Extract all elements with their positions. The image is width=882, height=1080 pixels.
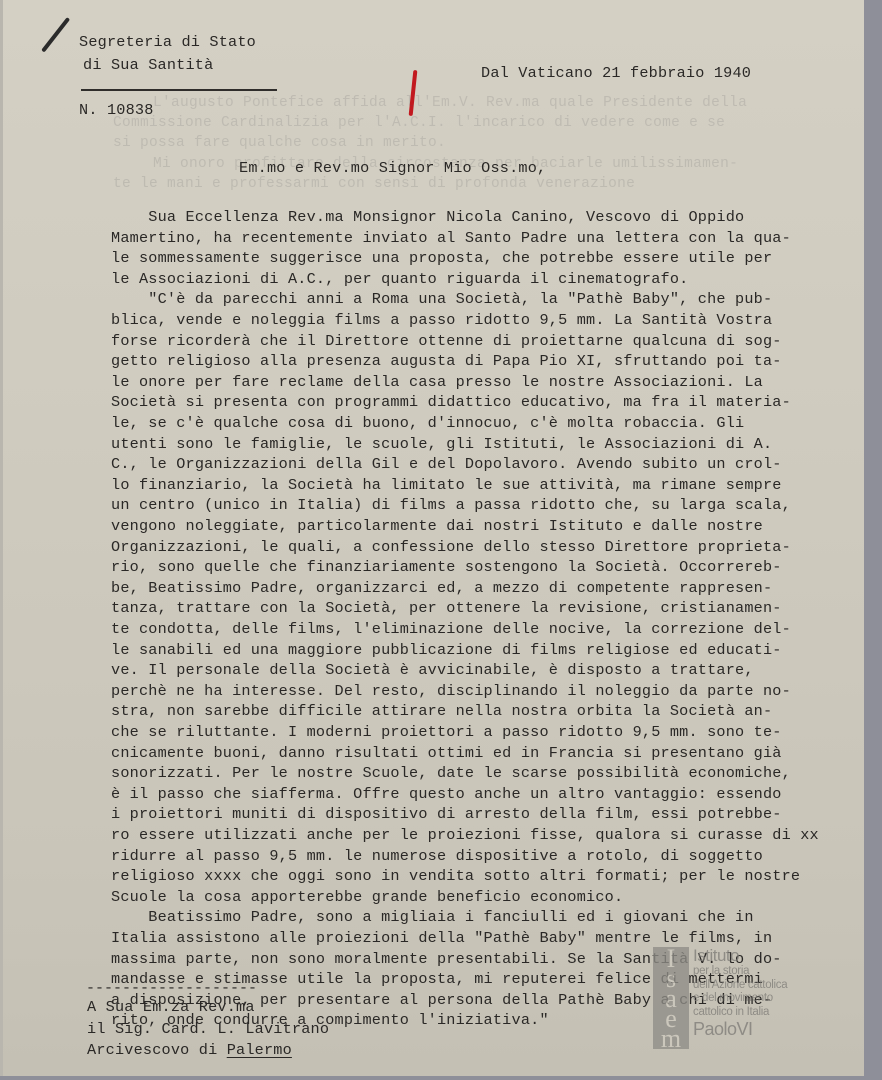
bleed-through-line: si possa fare qualche cosa in merito.: [113, 135, 446, 151]
logo-line: cattolico in Italia: [693, 1006, 787, 1020]
body-line: getto religioso alla presenza augusta di…: [111, 352, 782, 370]
body-line: te condotta, delle films, l'eliminazione…: [111, 620, 791, 638]
body-line: le, se c'è qualche cosa di buono, d'inno…: [111, 414, 744, 432]
addressee-line-1: A Sua Em.za Rev.ma: [87, 998, 255, 1016]
bleed-through-line: Commissione Cardinalizia per l'A.C.I. l'…: [113, 115, 725, 131]
logo-line: per la storia: [693, 965, 787, 979]
body-line: tanza, trattare con la Società, per otte…: [111, 599, 782, 617]
body-line: le sanabili ed una maggiore pubblicazion…: [111, 641, 782, 659]
body-line: sonorizzati. Per le nostre Scuole, date …: [111, 764, 791, 782]
body-line: Società si presenta con programmi didatt…: [111, 393, 791, 411]
body-line: "C'è da parecchi anni a Roma una Società…: [111, 290, 772, 308]
isacem-watermark-logo: I s a e m Istituto per la storia dell'Az…: [653, 947, 813, 1057]
bleed-through-line: te le mani e professarmi con sensi di pr…: [113, 176, 635, 192]
body-line: un centro (unico in Italia) di films a p…: [111, 496, 791, 514]
body-line: stra, non sarebbe difficile attirare nel…: [111, 702, 772, 720]
letter-page: L'augusto Pontefice affida all'Em.V. Rev…: [0, 0, 864, 1076]
protocol-number: N. 10838: [79, 101, 154, 119]
bleed-through-line: L'augusto Pontefice affida all'Em.V. Rev…: [153, 95, 747, 111]
body-line: è il passo che siafferma. Offre questo a…: [111, 785, 782, 803]
body-line: che se riluttante. I moderni proiettori …: [111, 723, 782, 741]
addressee-prefix: Arcivescovo di: [87, 1041, 227, 1059]
body-line: C., le Organizzazioni della Gil e del Do…: [111, 455, 782, 473]
body-line: forse ricorderà che il Direttore ottenne…: [111, 332, 782, 350]
logo-footer: PaoloVI: [693, 1019, 787, 1039]
body-line: vengono noleggiate, particolarmente dai …: [111, 517, 763, 535]
body-line: be, Beatissimo Padre, organizzarci ed, a…: [111, 579, 772, 597]
body-line: Scuole la cosa apporterebbe grande benef…: [111, 888, 623, 906]
body-line: ro essere utilizzati anche per le proiez…: [111, 826, 819, 844]
logo-line: e del movimento: [693, 992, 787, 1006]
body-line: perchè ne ha interesse. Del resto, disci…: [111, 682, 791, 700]
body-line: ve. Il personale della Società è avvicin…: [111, 661, 754, 679]
monogram-letter: m: [653, 1029, 689, 1049]
body-line: le Associazioni di A.C., per quanto rigu…: [111, 270, 688, 288]
body-line: Mamertino, ha recentemente inviato al Sa…: [111, 229, 791, 247]
body-line: le sommessamente suggerisce una proposta…: [111, 249, 772, 267]
body-line: cnicamente buoni, danno risultati ottimi…: [111, 744, 782, 762]
body-line: Sua Eccellenza Rev.ma Monsignor Nicola C…: [111, 208, 744, 226]
logo-text: Istituto per la storia dell'Azione catto…: [693, 947, 787, 1039]
addressee-city: Palermo: [227, 1041, 292, 1059]
body-line: Beatissimo Padre, sono a migliaia i fanc…: [111, 908, 754, 926]
body-line: ridurre al passo 9,5 mm. le numerose dis…: [111, 847, 763, 865]
body-line: blica, vende e noleggia films a passo ri…: [111, 311, 772, 329]
place-date: Dal Vaticano 21 febbraio 1940: [481, 64, 751, 82]
body-line: religioso xxxx che oggi sono in vendita …: [111, 867, 800, 885]
body-line: i proiettori muniti di dispositivo di ar…: [111, 805, 782, 823]
body-line: utenti sono le famiglie, le scuole, gli …: [111, 435, 772, 453]
pen-slash-mark: [41, 17, 70, 53]
separator-dashes: -------------------: [86, 980, 257, 997]
office-line-1: Segreteria di Stato: [79, 33, 256, 51]
body-line: le onore per fare reclame della casa pre…: [111, 373, 763, 391]
header-rule: [81, 89, 277, 91]
logo-line: dell'Azione cattolica: [693, 979, 787, 993]
body-line: Organizzazioni, le quali, a confessione …: [111, 538, 791, 556]
office-line-2: di Sua Santità: [83, 56, 213, 74]
addressee-line-2: il Sig. Card. L. Lavitrano: [87, 1020, 329, 1038]
logo-monogram: I s a e m: [653, 947, 689, 1049]
body-line: lo finanziario, la Società ha limitato l…: [111, 476, 782, 494]
body-line: rio, sono quelle che finanziariamente so…: [111, 558, 782, 576]
addressee-line-3: Arcivescovo di Palermo: [87, 1041, 292, 1059]
logo-title: Istituto: [693, 947, 787, 965]
salutation: Em.mo e Rev.mo Signor Mio Oss.mo,: [239, 159, 546, 177]
